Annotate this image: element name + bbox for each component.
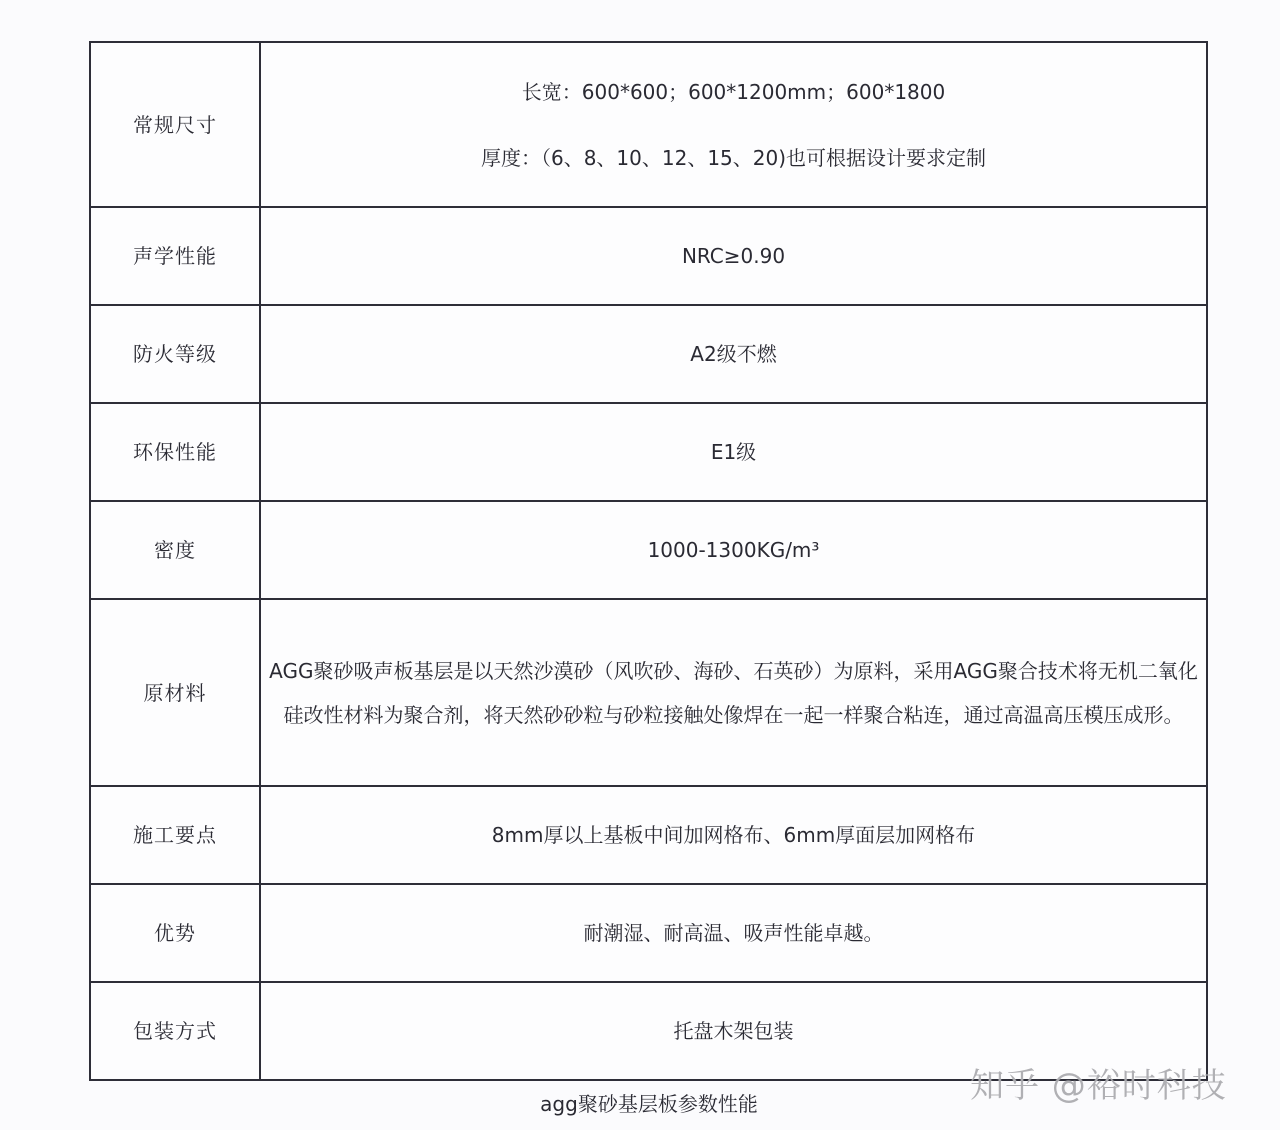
row-label: 声学性能 bbox=[90, 207, 260, 305]
table-row-acoustic: 声学性能 NRC≥0.90 bbox=[90, 207, 1207, 305]
row-value: E1级 bbox=[260, 403, 1207, 501]
size-thickness: 厚度：（6、8、10、12、15、20)也可根据设计要求定制 bbox=[261, 146, 1206, 170]
row-value: NRC≥0.90 bbox=[260, 207, 1207, 305]
row-value: AGG聚砂吸声板基层是以天然沙漠砂（风吹砂、海砂、石英砂）为原料，采用AGG聚合… bbox=[260, 599, 1207, 786]
row-label: 防火等级 bbox=[90, 305, 260, 403]
size-dimensions: 长宽：600*600；600*1200mm；600*1800 bbox=[261, 80, 1206, 104]
row-value: 耐潮湿、耐高温、吸声性能卓越。 bbox=[260, 884, 1207, 982]
table-row-eco: 环保性能 E1级 bbox=[90, 403, 1207, 501]
row-label: 施工要点 bbox=[90, 786, 260, 884]
row-label: 原材料 bbox=[90, 599, 260, 786]
row-value: 8mm厚以上基板中间加网格布、6mm厚面层加网格布 bbox=[260, 786, 1207, 884]
watermark: 知乎 @裕时科技 bbox=[970, 1058, 1227, 1107]
table-row-size: 常规尺寸 长宽：600*600；600*1200mm；600*1800 厚度：（… bbox=[90, 42, 1207, 207]
row-label: 常规尺寸 bbox=[90, 42, 260, 207]
row-value: 1000-1300KG/m³ bbox=[260, 501, 1207, 599]
row-label: 环保性能 bbox=[90, 403, 260, 501]
row-label: 包装方式 bbox=[90, 982, 260, 1080]
table-row-construction: 施工要点 8mm厚以上基板中间加网格布、6mm厚面层加网格布 bbox=[90, 786, 1207, 884]
table-row-advantages: 优势 耐潮湿、耐高温、吸声性能卓越。 bbox=[90, 884, 1207, 982]
row-value: A2级不燃 bbox=[260, 305, 1207, 403]
row-label: 密度 bbox=[90, 501, 260, 599]
table-row-density: 密度 1000-1300KG/m³ bbox=[90, 501, 1207, 599]
row-value: 长宽：600*600；600*1200mm；600*1800 厚度：（6、8、1… bbox=[260, 42, 1207, 207]
table-row-raw-material: 原材料 AGG聚砂吸声板基层是以天然沙漠砂（风吹砂、海砂、石英砂）为原料，采用A… bbox=[90, 599, 1207, 786]
row-label: 优势 bbox=[90, 884, 260, 982]
spec-table: 常规尺寸 长宽：600*600；600*1200mm；600*1800 厚度：（… bbox=[89, 41, 1208, 1081]
table-row-fire-rating: 防火等级 A2级不燃 bbox=[90, 305, 1207, 403]
